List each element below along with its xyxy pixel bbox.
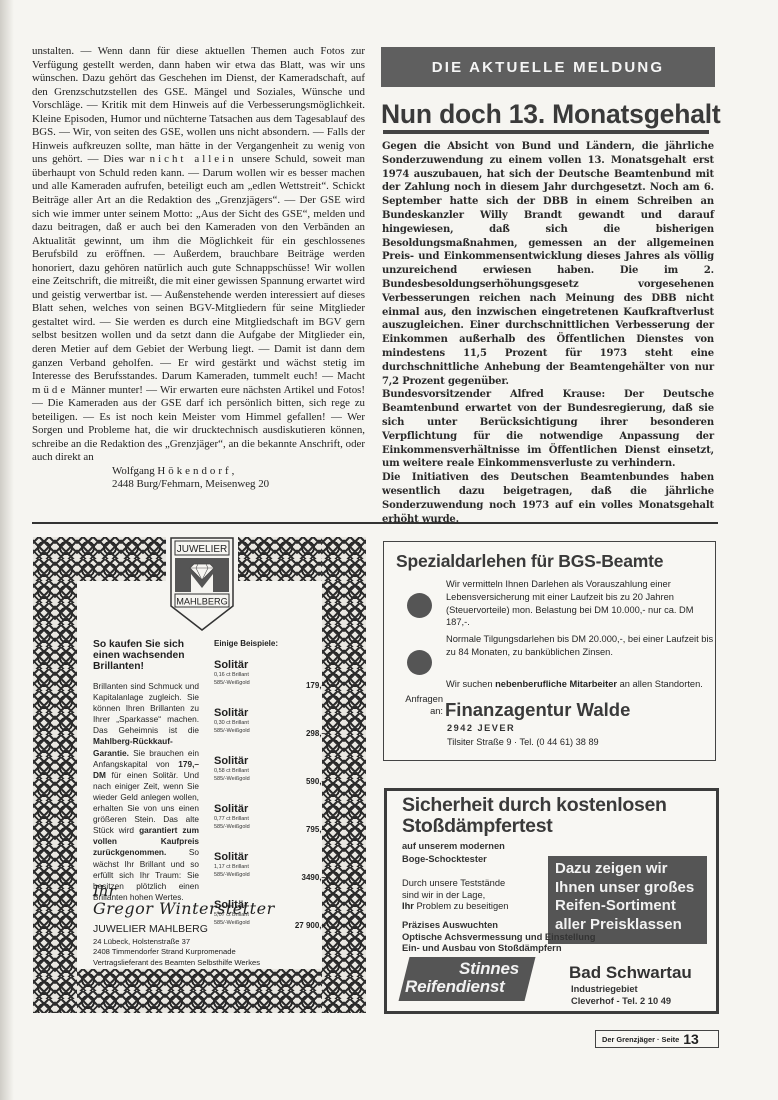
box-line: Dazu zeigen wir: [555, 860, 707, 879]
text-run-bold: nebenberufliche Mitarbeiter: [495, 679, 617, 689]
address-line: 24 Lübeck, Holstenstraße 37: [93, 937, 323, 947]
item-carat: 0,16 ct Brillant: [214, 671, 326, 679]
item-price: 179,–: [306, 681, 326, 690]
address-line: Industriegebiet: [571, 984, 671, 996]
bullet-dot-icon: [407, 650, 432, 675]
item-title: Solitär: [214, 803, 326, 815]
item-title: Solitär: [214, 755, 326, 767]
subtitle-line: auf unserem modernen: [402, 840, 505, 853]
price-item: Solitär 0,16 ct Brillant 585/-Weißgold 1…: [214, 659, 326, 696]
title-line: Sicherheit durch kostenlosen: [402, 795, 667, 816]
spaced-emphasis: müde: [32, 384, 68, 396]
price-list-heading: Einige Beispiele:: [214, 639, 326, 648]
price-item: Solitär 0,30 ct Brillant 585/-Weißgold 2…: [214, 707, 326, 744]
article-paragraph: Bundesvorsitzender Alfred Krause: Der De…: [382, 388, 714, 471]
loan-offer-2: Normale Tilgungsdarlehen bis DM 20.000,-…: [446, 633, 714, 659]
price-item: Solitär 0,77 ct Brillant 585/-Weißgold 7…: [214, 803, 326, 840]
box-line: Reifen-Sortiment: [555, 897, 707, 916]
ornament-border-bottom: [33, 969, 366, 1013]
ornament-border-left: [33, 537, 77, 1013]
handwritten-greeting: Ihr: [93, 883, 323, 899]
author-first-name: Wolfgang: [112, 465, 155, 477]
item-carat: 0,77 ct Brillant: [214, 815, 326, 823]
text-run: unstalten. — Wenn dann für diese aktuell…: [32, 45, 365, 165]
title-line: Stoßdämpfertest: [402, 816, 667, 837]
handwritten-signature: Gregor Winterstetter: [93, 899, 323, 919]
tire-ad-subtitle: auf unserem modernen Boge-Schocktester: [402, 840, 505, 865]
item-price: 590,–: [306, 777, 326, 786]
service-line: Ein- und Ausbau von Stoßdämpfern: [402, 942, 595, 954]
item-title: Solitär: [214, 851, 326, 863]
section-divider: [32, 522, 718, 524]
inquiry-label-line: an:: [396, 705, 443, 717]
text-run: Problem zu beseitigen: [416, 901, 508, 911]
inquiry-label: Anfragen an:: [396, 693, 443, 717]
body-line: Durch unsere Teststände: [402, 878, 508, 890]
subtitle-line: Boge-Schocktester: [402, 853, 505, 866]
right-article: Gegen die Absicht von Bund und Ländern, …: [382, 140, 714, 526]
item-price: 298,–: [306, 729, 326, 738]
magazine-page: unstalten. — Wenn dann für diese aktuell…: [0, 0, 778, 1100]
tire-ad-title: Sicherheit durch kostenlosen Stoßdämpfer…: [402, 795, 667, 837]
jeweler-ad-copy: So kaufen Sie sich einen wachsenden Bril…: [93, 639, 199, 903]
item-carat: 0,58 ct Brillant: [214, 767, 326, 775]
ornament-border-right: [322, 537, 366, 1013]
item-carat: 1,17 ct Brillant: [214, 863, 326, 871]
item-carat: 0,30 ct Brillant: [214, 719, 326, 727]
tire-city: Bad Schwartau: [569, 963, 692, 983]
text-run: Männer munter! — Wir erwarten eure nächs…: [32, 384, 365, 464]
page-number: 13: [683, 1031, 699, 1047]
text-run: Brillanten sind Schmuck und Kapitalanlag…: [93, 681, 199, 735]
address-line: Cleverhof - Tel. 2 10 49: [571, 996, 671, 1008]
tire-services: Präzises Auswuchten Optische Achsvermess…: [402, 919, 595, 954]
article-paragraph: Gegen die Absicht von Bund und Ländern, …: [382, 140, 714, 388]
loan-city: 2942 JEVER: [447, 723, 515, 733]
footer-label: Der Grenzjäger · Seite: [602, 1035, 679, 1044]
page-edge-shadow: [0, 0, 14, 1100]
headline-underline: [383, 130, 709, 134]
item-title: Solitär: [214, 659, 326, 671]
jeweler-headline: So kaufen Sie sich einen wachsenden Bril…: [93, 639, 199, 672]
jeweler-ad: JUWELIER MAHLBERG So kaufen Sie sich ein…: [33, 537, 366, 1013]
loan-street-phone: Tilsiter Straße 9 · Tel. (0 44 61) 38 89: [447, 737, 599, 747]
tire-service-ad: Sicherheit durch kostenlosen Stoßdämpfer…: [384, 788, 719, 1014]
loan-recruiting: Wir suchen nebenberufliche Mitarbeiter a…: [446, 678, 714, 691]
body-line: Ihr Problem zu beseitigen: [402, 901, 508, 913]
author-last-name: Hökendorf,: [157, 465, 237, 477]
article-paragraph: Die Initiativen des Deutschen Beamtenbun…: [382, 471, 714, 526]
bullet-dot-icon: [407, 593, 432, 618]
loan-company: Finanzagentur Walde: [445, 699, 630, 721]
price-item: Solitär 0,58 ct Brillant 585/-Weißgold 5…: [214, 755, 326, 792]
item-title: Solitär: [214, 707, 326, 719]
tire-ad-body: Durch unsere Teststände sind wir in der …: [402, 878, 508, 913]
jeweler-company: JUWELIER MAHLBERG: [93, 923, 323, 935]
jeweler-logo: JUWELIER MAHLBERG: [166, 534, 238, 635]
text-run-bold: Ihr: [402, 901, 414, 911]
text-run: an allen Standorten.: [620, 679, 703, 689]
section-banner: DIE AKTUELLE MELDUNG: [381, 47, 715, 87]
stinnes-logo: Stinnes Reifendienst: [403, 957, 529, 1001]
address-line: Vertragslieferant des Beamten Selbsthilf…: [93, 958, 323, 968]
service-line: Optische Achsvermessung und Einstellung: [402, 931, 595, 943]
author-name: Wolfgang Hökendorf,: [112, 465, 365, 479]
author-signature: Wolfgang Hökendorf, 2448 Burg/Fehmarn, M…: [32, 465, 365, 492]
svg-text:MAHLBERG: MAHLBERG: [176, 597, 228, 607]
diamond-shield-icon: JUWELIER MAHLBERG: [169, 536, 235, 632]
address-line: 2408 Timmendorfer Strand Kurpromenade: [93, 947, 323, 957]
article-headline: Nun doch 13. Monatsgehalt: [381, 99, 715, 130]
jeweler-body: Brillanten sind Schmuck und Kapitalanlag…: [93, 681, 199, 903]
loan-ad-title: Spezialdarlehen für BGS-Beamte: [396, 551, 663, 572]
inquiry-label-line: Anfragen: [396, 693, 443, 705]
service-line: Präzises Auswuchten: [402, 919, 595, 931]
left-article-text: unstalten. — Wenn dann für diese aktuell…: [32, 45, 365, 465]
loan-offer-1: Wir vermitteln Ihnen Darlehen als Voraus…: [446, 578, 714, 629]
logo-line: Reifendienst: [403, 978, 519, 996]
tire-address: Industriegebiet Cleverhof - Tel. 2 10 49: [571, 984, 671, 1007]
body-line: sind wir in der Lage,: [402, 890, 508, 902]
spaced-emphasis: nicht allein: [150, 153, 237, 165]
left-article: unstalten. — Wenn dann für diese aktuell…: [32, 45, 365, 492]
loan-ad: Spezialdarlehen für BGS-Beamte Wir vermi…: [383, 541, 716, 761]
author-address: 2448 Burg/Fehmarn, Meisenweg 20: [112, 478, 365, 492]
svg-text:JUWELIER: JUWELIER: [177, 544, 228, 555]
jeweler-signature-block: Ihr Gregor Winterstetter JUWELIER MAHLBE…: [93, 883, 323, 968]
jeweler-address: 24 Lübeck, Holstenstraße 37 2408 Timmend…: [93, 937, 323, 968]
page-footer: Der Grenzjäger · Seite 13: [595, 1030, 719, 1048]
text-run: Wir suchen: [446, 679, 493, 689]
item-price: 3490,–: [302, 873, 326, 882]
box-line: Ihnen unser großes: [555, 879, 707, 898]
logo-line: Stinnes: [459, 959, 519, 978]
text-run: unsere Schuld, soweit man überhaupt von …: [32, 153, 365, 382]
item-price: 795,–: [306, 825, 326, 834]
